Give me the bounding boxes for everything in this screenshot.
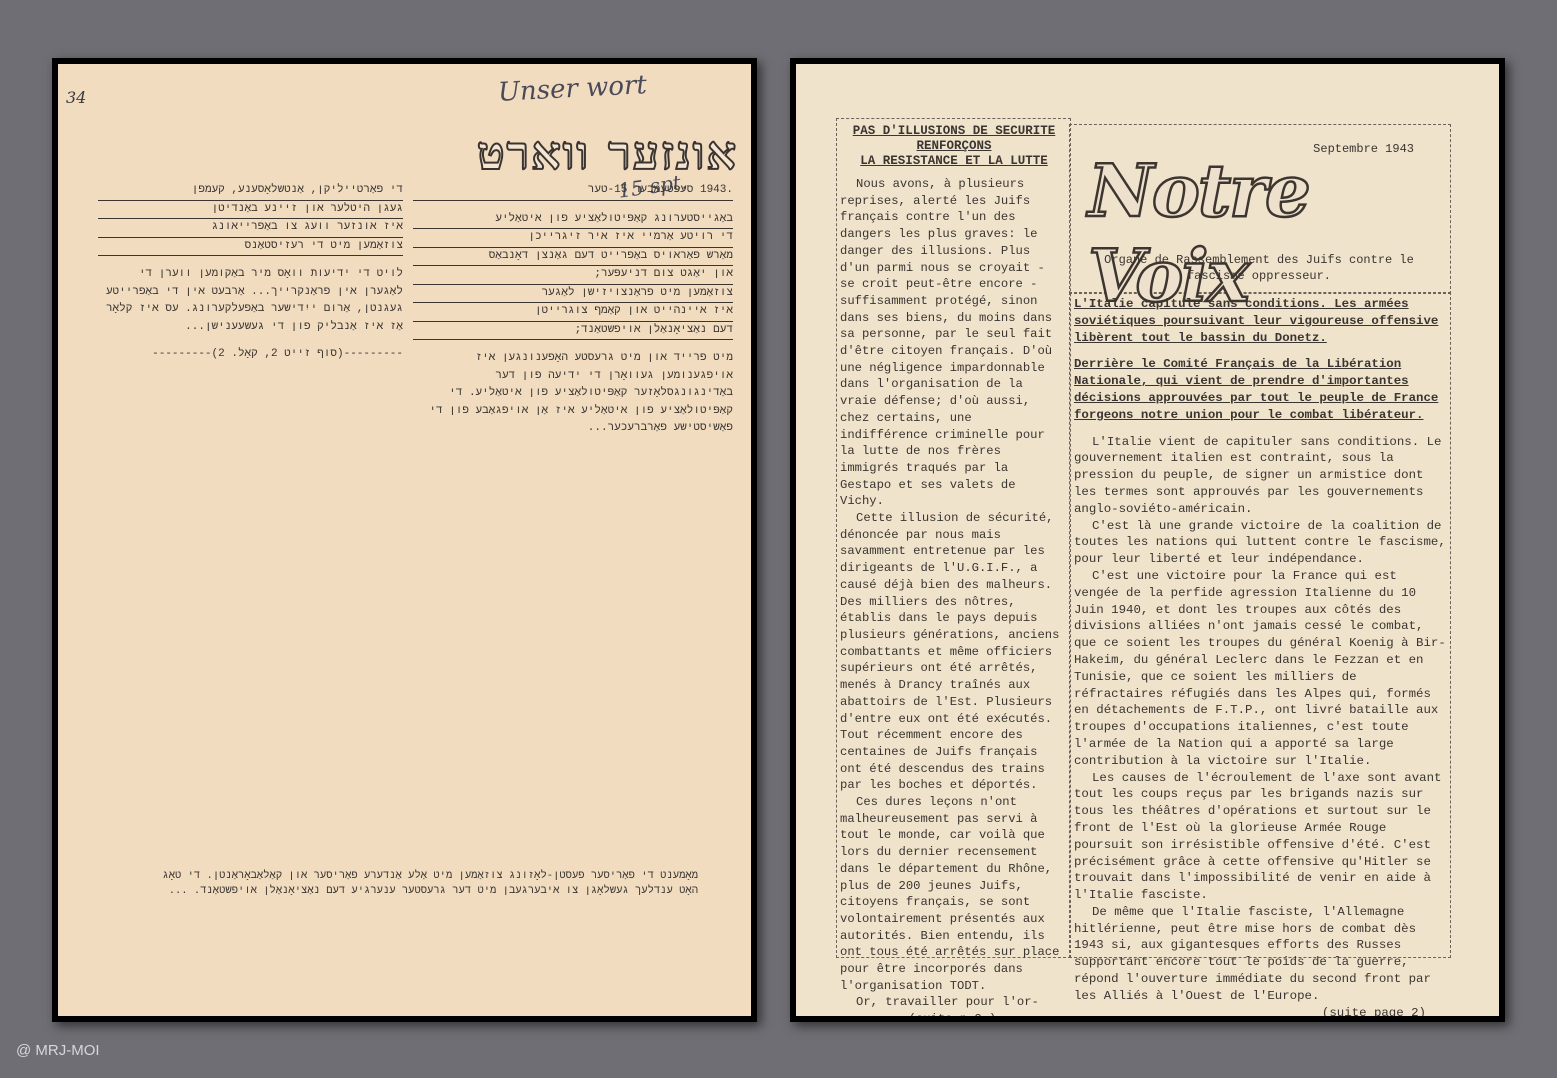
newspaper-title: Notre Voix	[1088, 148, 1444, 318]
image-credit: @ MRJ-MOI	[16, 1042, 100, 1059]
date-line: .1943 סעפטעמבער 15-טער	[413, 182, 733, 201]
article-headline: PAS D'ILLUSIONS DE SECURITE RENFORÇONS L…	[844, 124, 1064, 169]
article-right-column: L'Italie capitule sans conditions. Les a…	[1074, 296, 1446, 1016]
page-number: 34	[66, 88, 86, 107]
paragraph: L'Italie vient de capituler sans conditi…	[1074, 434, 1446, 518]
continued-marker: (suite p.2.)	[840, 1011, 1065, 1016]
paragraph: Or, travailler pour l'or-	[840, 994, 1065, 1011]
french-page-frame: PAS D'ILLUSIONS DE SECURITE RENFORÇONS L…	[790, 58, 1505, 1022]
yiddish-left-column: די פאַרטייליקן, אַנטשלאָסענע, קעמפן געגן…	[98, 182, 403, 374]
headline: באַגייסטערונג קאַפּיטולאַציע פון איטאַלי…	[413, 211, 733, 341]
paragraph: Cette illusion de sécurité, dénoncée par…	[840, 510, 1065, 794]
yiddish-page-frame: 34 Unser wort 15 spt. אונזער ווארט .1943…	[52, 58, 757, 1022]
headline: די פאַרטייליקן, אַנטשלאָסענע, קעמפן געגן…	[98, 182, 403, 256]
unzer-vort-page: 34 Unser wort 15 spt. אונזער ווארט .1943…	[58, 64, 751, 1016]
lead-paragraph: Derrière le Comité Français de la Libéra…	[1074, 356, 1446, 423]
handwritten-title: Unser wort	[497, 70, 647, 108]
notre-voix-page: PAS D'ILLUSIONS DE SECURITE RENFORÇONS L…	[796, 64, 1499, 1016]
lead-paragraph: L'Italie capitule sans conditions. Les a…	[1074, 296, 1446, 346]
body-text: לויט די ידיעות וואָס מיר באַקומען ווערן …	[98, 266, 403, 336]
yiddish-bottom-text: מאָמענט די פאַריסער פעסטן-לאָזונג צוזאַמ…	[138, 869, 698, 899]
paragraph: Nous avons, à plusieurs reprises, alerté…	[840, 176, 1065, 510]
yiddish-right-column: .1943 סעפטעמבער 15-טער באַגייסטערונג קאַ…	[413, 182, 733, 448]
body-text: מיט פרייד און מיט גרעסטע האָפענונגען איז…	[413, 350, 733, 438]
continued-marker: (suite page 2)	[1074, 1005, 1446, 1016]
paragraph: Ces dures leçons n'ont malheureusement p…	[840, 794, 1065, 994]
continued-marker: ---------(סוף זייט 2, קאָל. 2)---------	[98, 346, 403, 364]
paragraph: C'est une victoire pour la France qui es…	[1074, 568, 1446, 770]
newspaper-subtitle: Organe de Rassemblement des Juifs contre…	[1074, 252, 1444, 284]
paragraph: De même que l'Italie fasciste, l'Allemag…	[1074, 904, 1446, 1005]
paragraph: C'est là une grande victoire de la coali…	[1074, 518, 1446, 568]
masthead: Septembre 1943 Notre Voix Organe de Rass…	[1074, 130, 1444, 290]
yiddish-masthead: אונזער ווארט	[418, 126, 738, 180]
paragraph: Les causes de l'écroulement de l'axe son…	[1074, 770, 1446, 904]
article-left-column: Nous avons, à plusieurs reprises, alerté…	[840, 176, 1065, 1016]
